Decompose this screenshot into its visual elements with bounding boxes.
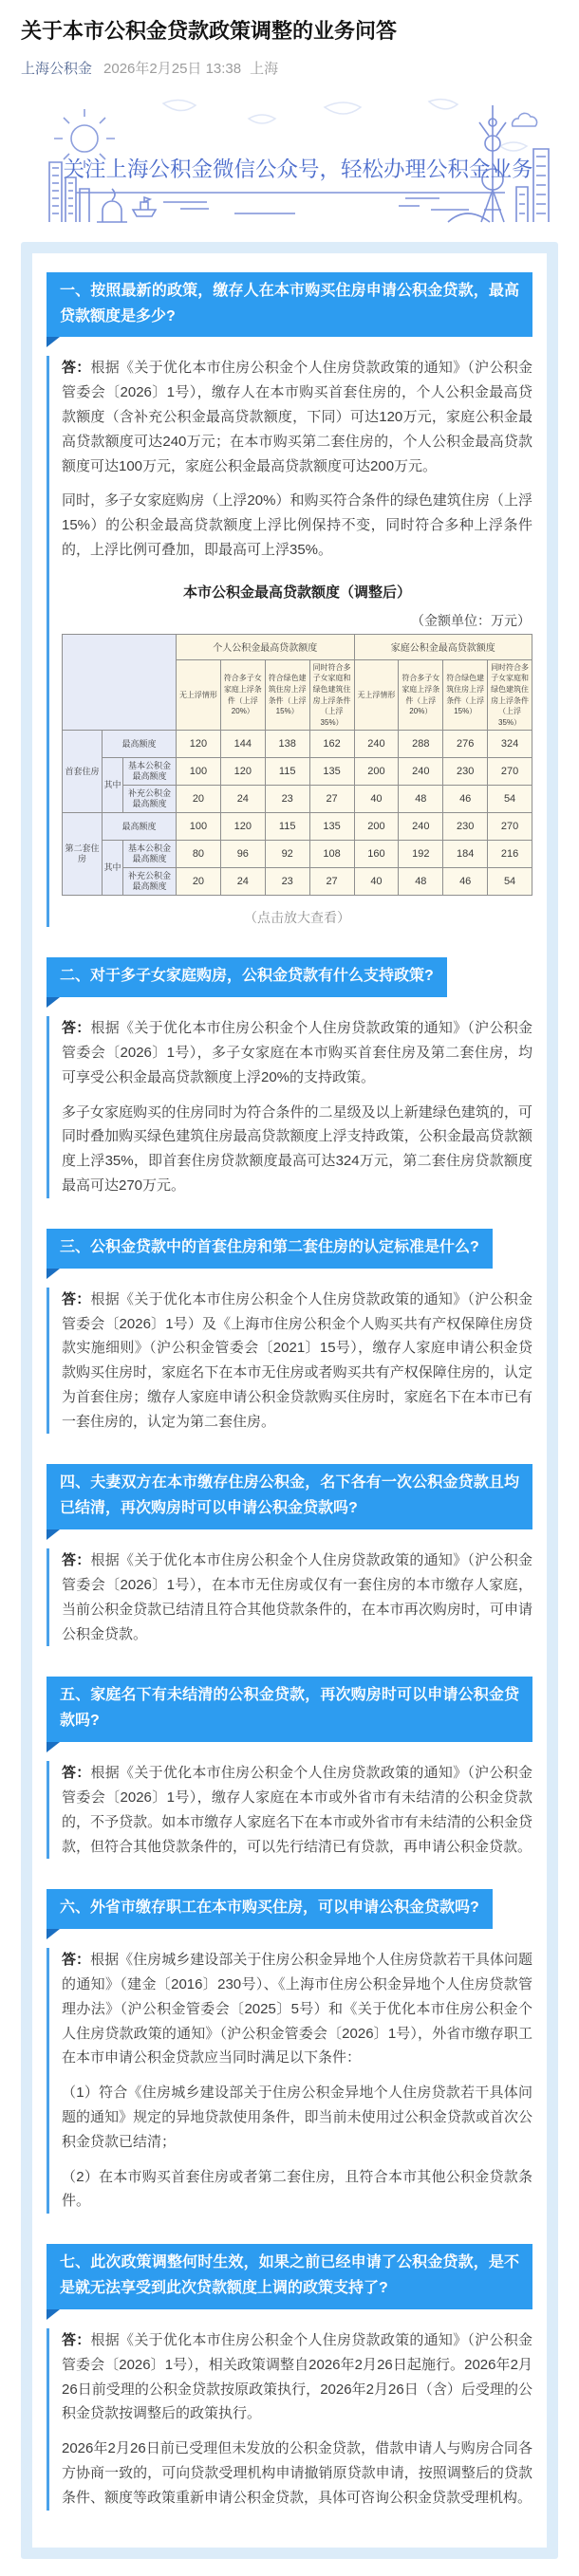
question-2-header: 二、对于多子女家庭购房，公积金贷款有什么支持政策?	[47, 957, 447, 997]
table-cell: 240	[399, 758, 443, 786]
official-account-link[interactable]: 上海公积金	[21, 61, 92, 77]
table-cell: 135	[309, 758, 354, 786]
row-label: 补充公积金最高额度	[123, 786, 177, 813]
answer-paragraph: （2）在本市购买首套住房或者第二套住房，且符合本市其他公积金贷款条件。	[62, 2165, 532, 2215]
question-tail-decor	[47, 1269, 60, 1279]
qa-section-2: 二、对于多子女家庭购房，公积金贷款有什么支持政策? 答：根据《关于优化本市住房公…	[47, 957, 532, 1197]
answer-7: 答：根据《关于优化本市住房公积金个人住房贷款政策的通知》（沪公积金管委会〔202…	[47, 2328, 532, 2511]
table-cell: 162	[309, 731, 354, 758]
question-4-header: 四、夫妻双方在本市缴存住房公积金，名下各有一次公积金贷款且均已结清，再次购房时可…	[47, 1464, 532, 1529]
table-row: 第二套住房 最高额度 100 120 115 135 200 240 230 2…	[63, 813, 532, 841]
row-group-label: 首套住房	[63, 731, 103, 813]
column-group-header: 家庭公积金最高贷款额度	[354, 634, 532, 659]
column-header: 同时符合多子女家庭和绿色建筑住房上浮条件（上浮35%）	[309, 659, 354, 731]
table-cell: 192	[399, 841, 443, 868]
table-cell: 46	[443, 868, 488, 896]
question-7-header: 七、此次政策调整何时生效，如果之前已经申请了公积金贷款，是不是就无法享受到此次贷…	[47, 2244, 532, 2309]
table-cell: 240	[354, 731, 399, 758]
publish-location: 上海	[250, 61, 278, 77]
column-header: 符合多子女家庭上浮条件（上浮20%）	[399, 659, 443, 731]
answer-paragraph: 答：根据《关于优化本市住房公积金个人住房贷款政策的通知》（沪公积金管委会〔202…	[62, 356, 532, 478]
table-cell: 80	[177, 841, 221, 868]
question-1-header: 一、按照最新的政策，缴存人在本市购买住房申请公积金贷款，最高贷款额度是多少?	[47, 272, 532, 338]
table-unit-note: （金额单位：万元）	[62, 611, 531, 630]
row-label: 其中	[103, 841, 123, 896]
table-cell: 96	[220, 841, 265, 868]
table-cell: 184	[443, 841, 488, 868]
table-cell: 40	[354, 786, 399, 813]
row-label: 补充公积金最高额度	[123, 868, 177, 896]
loan-limit-table[interactable]: 个人公积金最高贷款额度 家庭公积金最高贷款额度 无上浮情形 符合多子女家庭上浮条…	[62, 634, 532, 897]
table-cell: 138	[265, 731, 309, 758]
row-label: 最高额度	[103, 731, 177, 758]
table-cell: 40	[354, 868, 399, 896]
table-cell: 160	[354, 841, 399, 868]
column-header: 无上浮情形	[354, 659, 399, 731]
table-row: 首套住房 最高额度 120 144 138 162 240 288 276 32…	[63, 731, 532, 758]
article-page: 关于本市公积金贷款政策调整的业务问答 上海公积金2026年2月25日 13:38…	[0, 0, 579, 2576]
column-header: 符合绿色建筑住房上浮条件（上浮15%）	[265, 659, 309, 731]
question-tail-decor	[47, 997, 60, 1008]
column-header: 符合绿色建筑住房上浮条件（上浮15%）	[443, 659, 488, 731]
qa-section-5: 五、家庭名下有未结清的公积金贷款，再次购房时可以申请公积金贷款吗? 答：根据《关…	[47, 1677, 532, 1859]
table-cell: 230	[443, 813, 488, 841]
answer-paragraph: 同时，多子女家庭购房（上浮20%）和购买符合条件的绿色建筑住房（上浮15%）的公…	[62, 489, 532, 562]
table-cell: 24	[220, 786, 265, 813]
answer-3: 答：根据《关于优化本市住房公积金个人住房贷款政策的通知》（沪公积金管委会〔202…	[47, 1288, 532, 1435]
row-label: 基本公积金最高额度	[123, 841, 177, 868]
table-row: 补充公积金最高额度 20 24 23 27 40 48 46 54	[63, 786, 532, 813]
answer-4: 答：根据《关于优化本市住房公积金个人住房贷款政策的通知》（沪公积金管委会〔202…	[47, 1548, 532, 1646]
table-title: 本市公积金最高贷款额度（调整后）	[62, 582, 532, 602]
table-cell: 54	[488, 868, 532, 896]
table-cell: 100	[177, 813, 221, 841]
table-cell: 108	[309, 841, 354, 868]
table-cell: 20	[177, 868, 221, 896]
answer-paragraph: 答：根据《关于优化本市住房公积金个人住房贷款政策的通知》（沪公积金管委会〔202…	[62, 1288, 532, 1435]
column-header: 无上浮情形	[177, 659, 221, 731]
answer-paragraph: （1）符合《住房城乡建设部关于住房公积金异地个人住房贷款若干具体问题的通知》规定…	[62, 2081, 532, 2154]
answer-1: 答：根据《关于优化本市住房公积金个人住房贷款政策的通知》（沪公积金管委会〔202…	[47, 356, 532, 927]
table-cell: 54	[488, 786, 532, 813]
row-group-label: 第二套住房	[63, 813, 103, 896]
table-cell: 48	[399, 868, 443, 896]
qa-section-4: 四、夫妻双方在本市缴存住房公积金，名下各有一次公积金贷款且均已结清，再次购房时可…	[47, 1464, 532, 1646]
table-cell: 270	[488, 813, 532, 841]
byline: 上海公积金2026年2月25日 13:38上海	[21, 58, 558, 78]
banner-image[interactable]: 关注上海公积金微信公众号，轻松办理公积金业务	[21, 94, 558, 227]
question-5-header: 五、家庭名下有未结清的公积金贷款，再次购房时可以申请公积金贷款吗?	[47, 1677, 532, 1742]
table-cell: 135	[309, 813, 354, 841]
table-cell: 23	[265, 868, 309, 896]
table-cell: 324	[488, 731, 532, 758]
answer-2: 答：根据《关于优化本市住房公积金个人住房贷款政策的通知》（沪公积金管委会〔202…	[47, 1016, 532, 1198]
answer-6: 答：根据《住房城乡建设部关于住房公积金异地个人住房贷款若干具体问题的通知》（建金…	[47, 1948, 532, 2214]
qa-section-3: 三、公积金贷款中的首套住房和第二套住房的认定标准是什么? 答：根据《关于优化本市…	[47, 1229, 532, 1435]
table-cell: 200	[354, 758, 399, 786]
answer-paragraph: 答：根据《关于优化本市住房公积金个人住房贷款政策的通知》（沪公积金管委会〔202…	[62, 1761, 532, 1859]
question-tail-decor	[47, 1742, 60, 1752]
table-cell: 288	[399, 731, 443, 758]
page-title: 关于本市公积金贷款政策调整的业务问答	[21, 17, 558, 46]
table-cell: 120	[220, 758, 265, 786]
table-cell: 120	[177, 731, 221, 758]
boat-icon	[133, 197, 156, 216]
column-header: 符合多子女家庭上浮条件（上浮20%）	[220, 659, 265, 731]
question-tail-decor	[47, 1529, 60, 1540]
answer-5: 答：根据《关于优化本市住房公积金个人住房贷款政策的通知》（沪公积金管委会〔202…	[47, 1761, 532, 1859]
table-cell: 100	[177, 758, 221, 786]
table-cell: 144	[220, 731, 265, 758]
table-cell: 27	[309, 868, 354, 896]
petal-decor-icon	[163, 99, 527, 150]
table-cell: 23	[265, 786, 309, 813]
question-tail-decor	[47, 1929, 60, 1939]
question-tail-decor	[47, 337, 60, 347]
table-cell: 240	[399, 813, 443, 841]
content-panel: 一、按照最新的政策，缴存人在本市购买住房申请公积金贷款，最高贷款额度是多少? 答…	[21, 242, 558, 2559]
answer-paragraph: 多子女家庭购买的住房同时为符合条件的二星级及以上新建绿色建筑的，可同时叠加购买绿…	[62, 1101, 532, 1198]
question-6-header: 六、外省市缴存职工在本市购买住房，可以申请公积金贷款吗?	[47, 1889, 493, 1929]
table-cell: 200	[354, 813, 399, 841]
table-zoom-hint: （点击放大查看）	[62, 908, 532, 927]
table-row: 补充公积金最高额度 20 24 23 27 40 48 46 54	[63, 868, 532, 896]
banner-slogan: 关注上海公积金微信公众号，轻松办理公积金业务	[63, 158, 532, 182]
qa-section-1: 一、按照最新的政策，缴存人在本市购买住房申请公积金贷款，最高贷款额度是多少? 答…	[47, 272, 532, 928]
row-label: 基本公积金最高额度	[123, 758, 177, 786]
table-cell: 27	[309, 786, 354, 813]
answer-paragraph: 答：根据《关于优化本市住房公积金个人住房贷款政策的通知》（沪公积金管委会〔202…	[62, 2328, 532, 2426]
question-3-header: 三、公积金贷款中的首套住房和第二套住房的认定标准是什么?	[47, 1229, 493, 1269]
answer-paragraph: 答：根据《住房城乡建设部关于住房公积金异地个人住房贷款若干具体问题的通知》（建金…	[62, 1948, 532, 2070]
table-cell: 48	[399, 786, 443, 813]
question-tail-decor	[47, 2309, 60, 2320]
table-cell: 115	[265, 813, 309, 841]
publish-timestamp: 2026年2月25日 13:38	[103, 61, 241, 77]
table-row: 其中 基本公积金最高额度 80 96 92 108 160 192 184 21…	[63, 841, 532, 868]
answer-paragraph: 2026年2月26日前已受理但未发放的公积金贷款，借款申请人与购房合同各方协商一…	[62, 2437, 532, 2510]
column-group-header: 个人公积金最高贷款额度	[177, 634, 355, 659]
table-cell: 120	[220, 813, 265, 841]
table-cell: 115	[265, 758, 309, 786]
column-header: 同时符合多子女家庭和绿色建筑住房上浮条件（上浮35%）	[488, 659, 532, 731]
table-cell: 270	[488, 758, 532, 786]
table-cell: 24	[220, 868, 265, 896]
table-cell: 230	[443, 758, 488, 786]
table-row: 个人公积金最高贷款额度 家庭公积金最高贷款额度	[63, 634, 532, 659]
table-cell: 20	[177, 786, 221, 813]
answer-paragraph: 答：根据《关于优化本市住房公积金个人住房贷款政策的通知》（沪公积金管委会〔202…	[62, 1016, 532, 1089]
table-cell: 46	[443, 786, 488, 813]
row-label: 最高额度	[103, 813, 177, 841]
table-cell: 276	[443, 731, 488, 758]
table-cell: 92	[265, 841, 309, 868]
cloud-icon	[513, 113, 537, 126]
qa-section-6: 六、外省市缴存职工在本市购买住房，可以申请公积金贷款吗? 答：根据《住房城乡建设…	[47, 1889, 532, 2214]
content-card: 一、按照最新的政策，缴存人在本市购买住房申请公积金贷款，最高贷款额度是多少? 答…	[32, 253, 547, 2548]
table-row: 其中 基本公积金最高额度 100 120 115 135 200 240 230…	[63, 758, 532, 786]
row-label: 其中	[103, 758, 123, 813]
answer-paragraph: 答：根据《关于优化本市住房公积金个人住房贷款政策的通知》（沪公积金管委会〔202…	[62, 1548, 532, 1646]
table-corner-cell	[63, 634, 177, 731]
table-cell: 216	[488, 841, 532, 868]
qa-section-7: 七、此次政策调整何时生效，如果之前已经申请了公积金贷款，是不是就无法享受到此次贷…	[47, 2244, 532, 2510]
